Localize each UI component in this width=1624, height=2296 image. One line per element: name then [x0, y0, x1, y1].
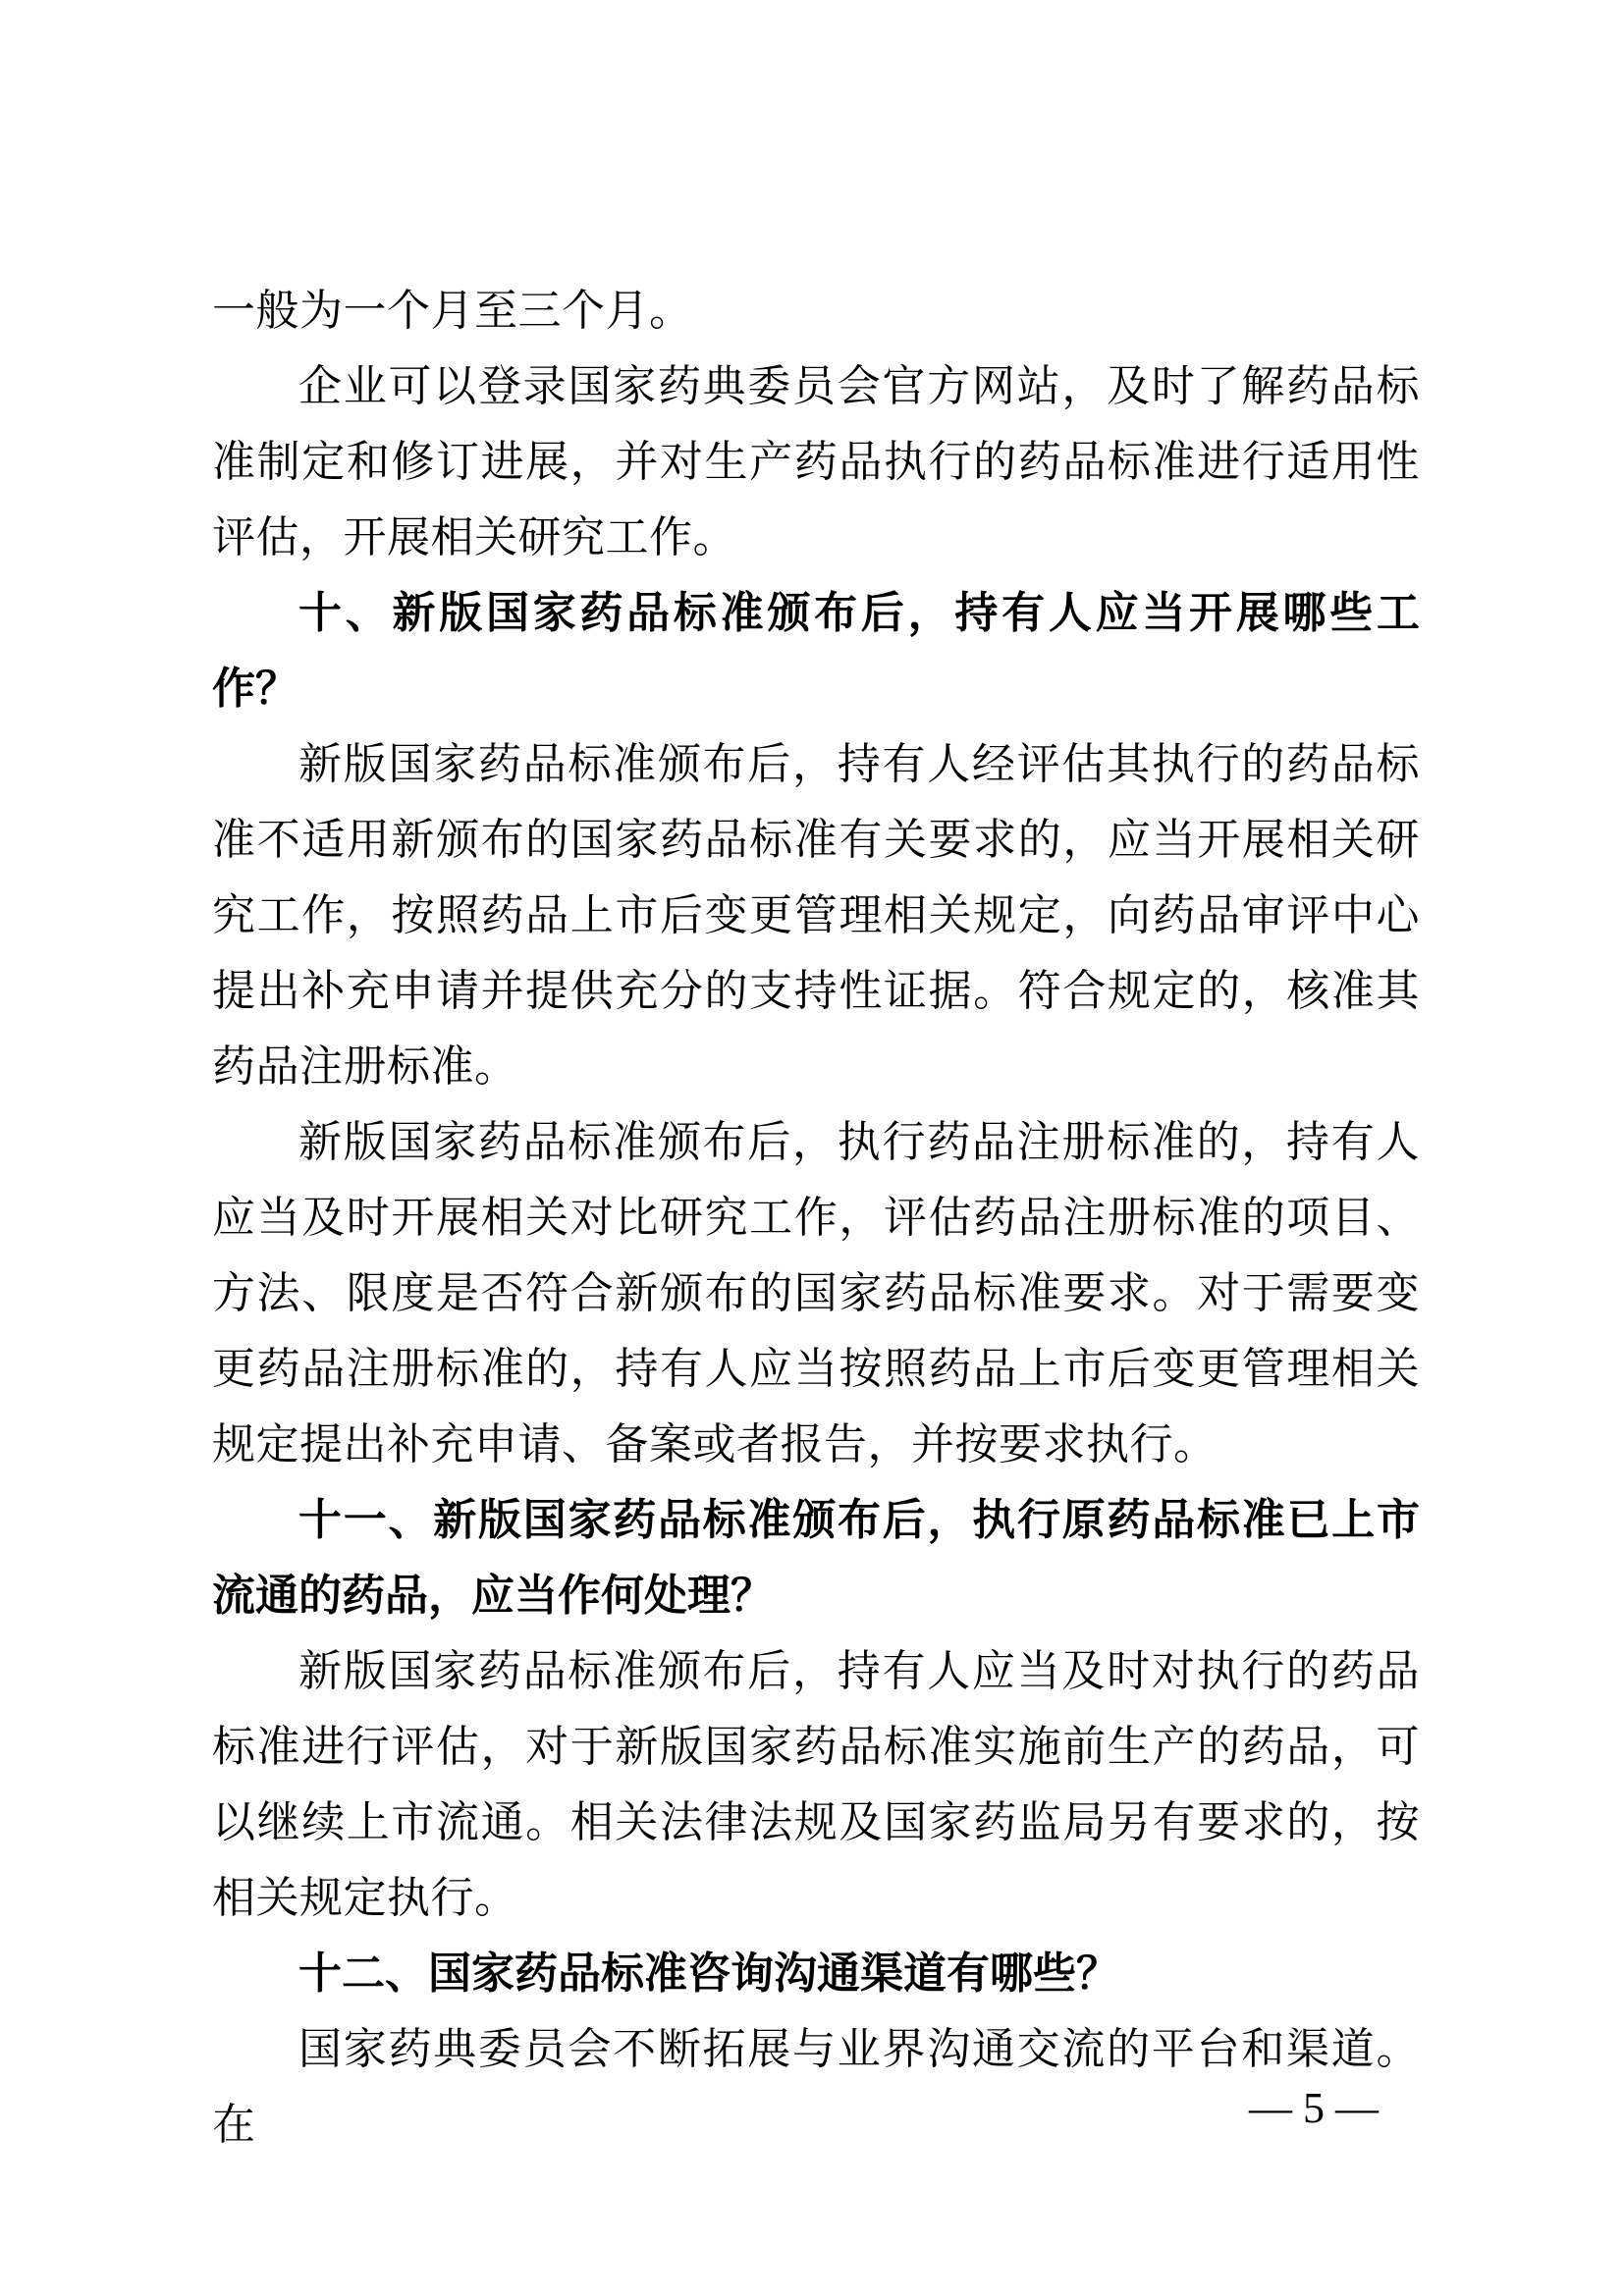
document-page: 一般为一个月至三个月。 企业可以登录国家药典委员会官方网站，及时了解药品标准制定…	[0, 0, 1624, 2296]
body-paragraph: 新版国家药品标准颁布后，执行药品注册标准的，持有人应当及时开展相关对比研究工作，…	[212, 1104, 1420, 1482]
body-paragraph-continued: 一般为一个月至三个月。	[212, 273, 1420, 348]
question-heading-12: 十二、国家药品标准咨询沟通渠道有哪些？	[212, 1936, 1420, 2011]
document-text-block: 一般为一个月至三个月。 企业可以登录国家药典委员会官方网站，及时了解药品标准制定…	[212, 273, 1420, 2163]
body-paragraph: 新版国家药品标准颁布后，持有人经评估其执行的药品标准不适用新颁布的国家药品标准有…	[212, 726, 1420, 1104]
body-paragraph: 国家药典委员会不断拓展与业界沟通交流的平台和渠道。在	[212, 2011, 1420, 2163]
page-number: — 5 —	[1249, 2070, 1379, 2146]
body-paragraph: 企业可以登录国家药典委员会官方网站，及时了解药品标准制定和修订进展，并对生产药品…	[212, 348, 1420, 575]
body-paragraph: 新版国家药品标准颁布后，持有人应当及时对执行的药品标准进行评估，对于新版国家药品…	[212, 1633, 1420, 1936]
question-heading-11: 十一、新版国家药品标准颁布后，执行原药品标准已上市流通的药品，应当作何处理？	[212, 1482, 1420, 1633]
question-heading-10: 十、新版国家药品标准颁布后，持有人应当开展哪些工作？	[212, 575, 1420, 726]
